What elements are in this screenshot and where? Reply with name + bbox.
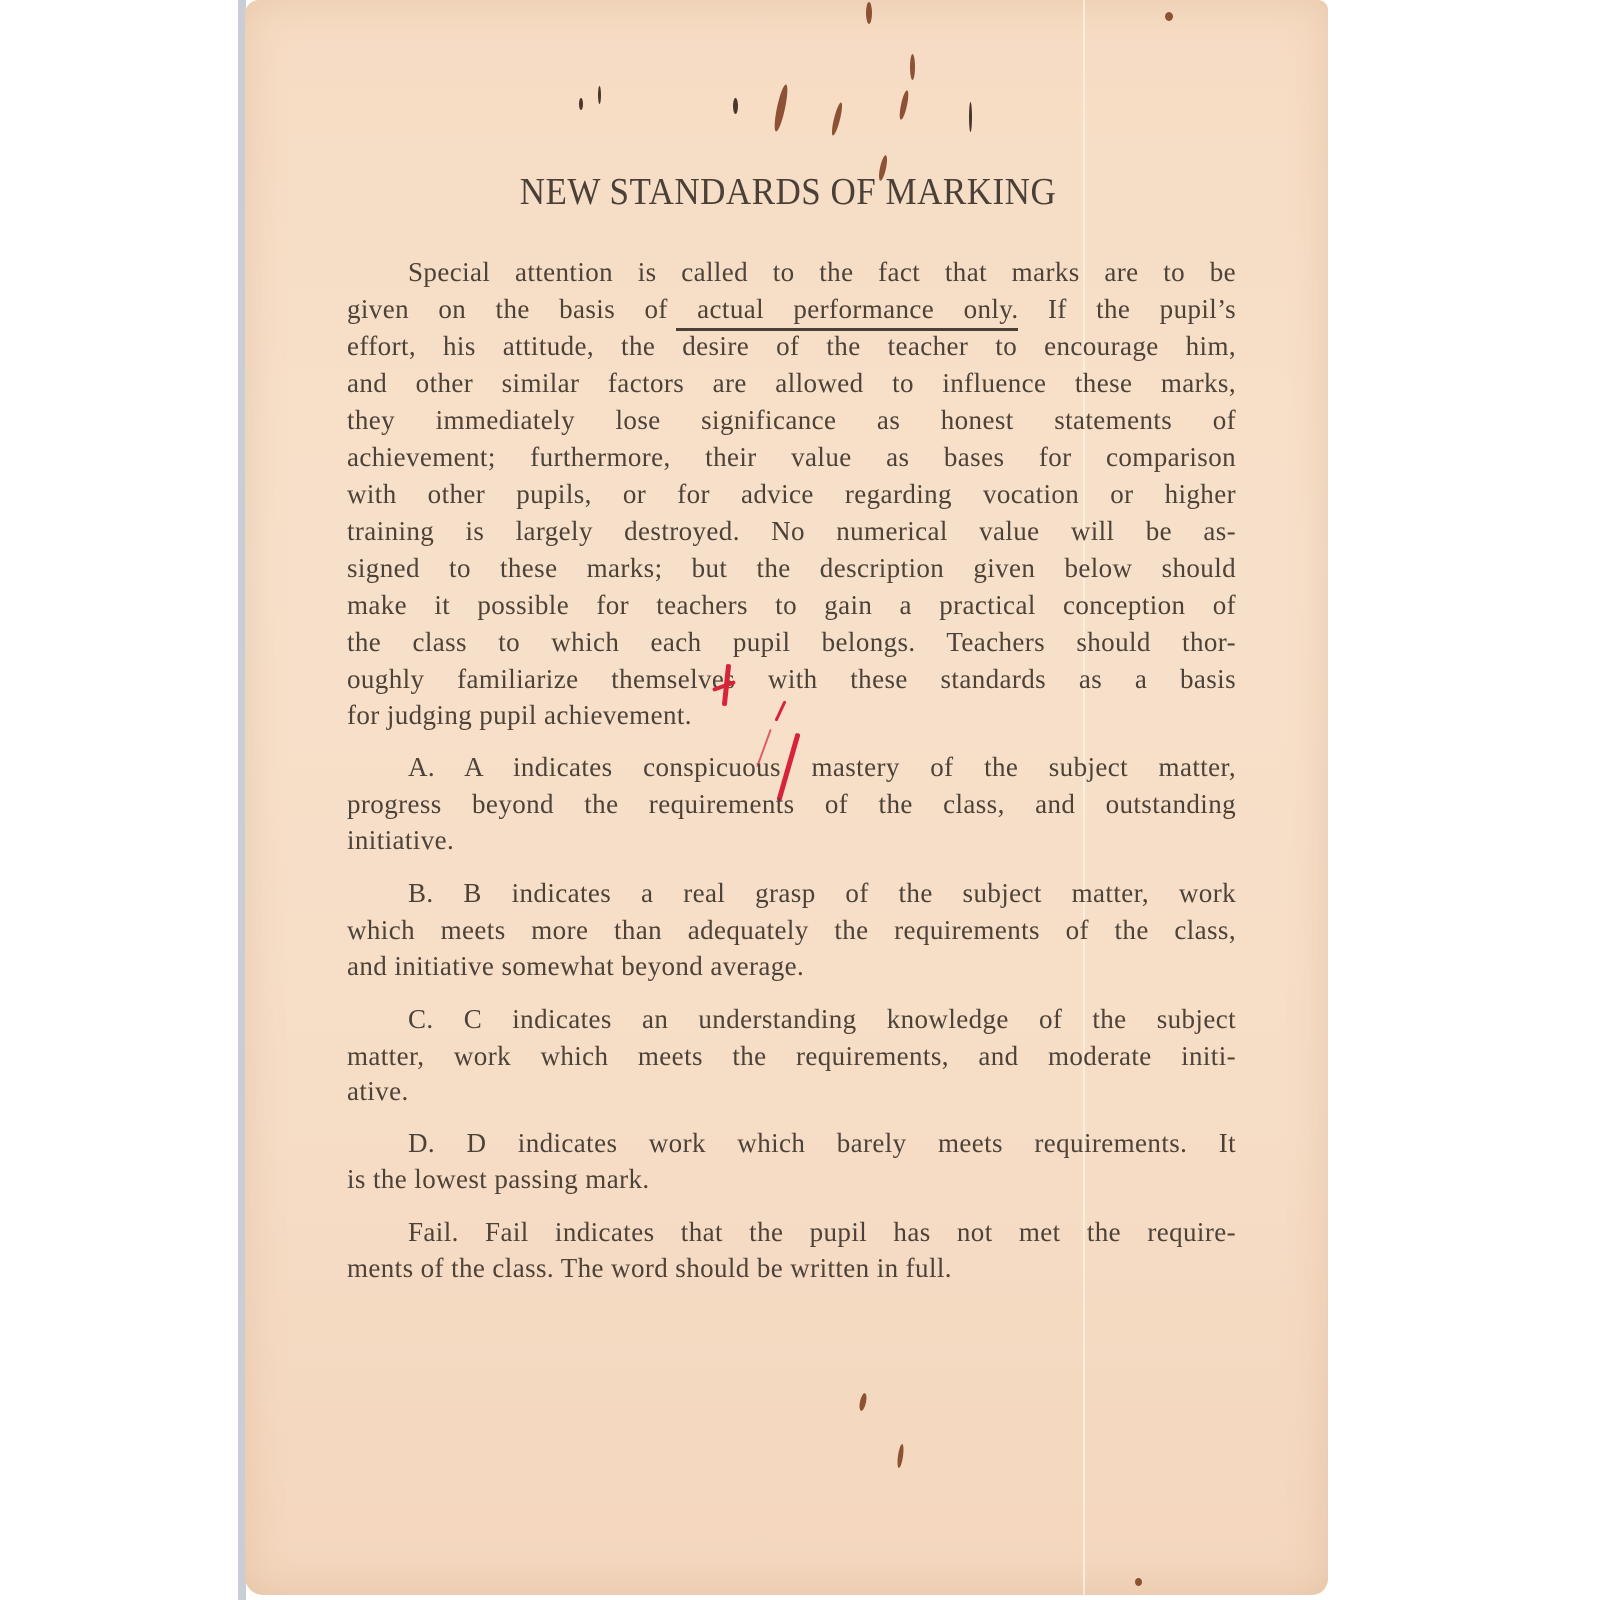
grade-a-line: A. A indicates conspicuous mastery of th… (408, 752, 1236, 782)
ink-stain (866, 2, 872, 24)
grade-fail-line: Fail. Fail indicates that the pupil has … (408, 1217, 1236, 1247)
intro-line: the class to which each pupil belongs. T… (347, 627, 1236, 657)
grade-b-line: B. B indicates a real grasp of the subje… (408, 878, 1236, 908)
intro-line: they immediately lose significance as ho… (347, 405, 1236, 435)
intro-line: make it possible for teachers to gain a … (347, 590, 1236, 620)
intro-line: given on the basis of actual performance… (347, 294, 1236, 324)
intro-line: Special attention is called to the fact … (408, 257, 1236, 287)
grade-b-line: and initiative somewhat beyond average. (347, 951, 1236, 981)
ink-stain (733, 98, 738, 114)
intro-line: signed to these marks; but the descripti… (347, 553, 1236, 583)
intro-line: for judging pupil achievement. (347, 700, 1236, 730)
grade-c-line: C. C indicates an understanding knowledg… (408, 1004, 1236, 1034)
ink-stain (910, 54, 915, 80)
page-title: NEW STANDARDS OF MARKING (0, 172, 1600, 212)
grade-c-line: ative. (347, 1076, 1236, 1106)
ink-stain (598, 86, 601, 104)
intro-line: with other pupils, or for advice regardi… (347, 479, 1236, 509)
intro-line: and other similar factors are allowed to… (347, 368, 1236, 398)
grade-a-line: progress beyond the requirements of the … (347, 789, 1236, 819)
intro-line: effort, his attitude, the desire of the … (347, 331, 1236, 361)
grade-d-line: is the lowest passing mark. (347, 1164, 1236, 1194)
ink-stain (579, 98, 583, 110)
intro-line: achievement; furthermore, their value as… (347, 442, 1236, 472)
intro-line: training is largely destroyed. No numeri… (347, 516, 1236, 546)
ink-stain (1165, 12, 1173, 21)
grade-d-line: D. D indicates work which barely meets r… (408, 1128, 1236, 1158)
intro-line: oughly familiarize themselves with these… (347, 664, 1236, 694)
grade-c-line: matter, work which meets the requirement… (347, 1041, 1236, 1071)
grade-b-line: which meets more than adequately the req… (347, 915, 1236, 945)
grade-a-line: initiative. (347, 825, 1236, 855)
ink-stain (1135, 1578, 1142, 1586)
ink-stain (969, 102, 972, 132)
grade-fail-line: ments of the class. The word should be w… (347, 1253, 1236, 1283)
